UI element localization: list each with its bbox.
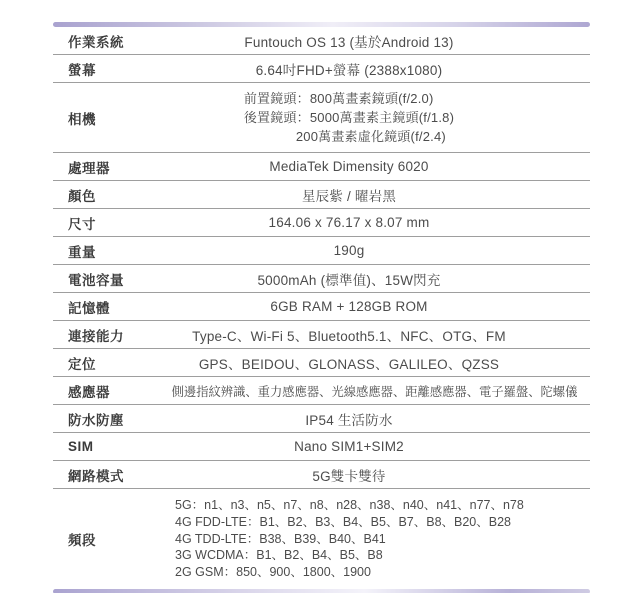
spec-label: 電池容量 [68,269,163,289]
spec-value: 前置鏡頭：800萬畫素鏡頭(f/2.0) 後置鏡頭：5000萬畫素主鏡頭(f/1… [163,89,590,146]
row-connectivity: 連接能力 Type-C、Wi-Fi 5、Bluetooth5.1、NFC、OTG… [53,321,590,349]
spec-value: 星辰紫 / 曜岩黑 [163,185,590,205]
spec-value: Nano SIM1+SIM2 [163,439,590,454]
spec-value: MediaTek Dimensity 6020 [163,159,590,174]
row-camera: 相機 前置鏡頭：800萬畫素鏡頭(f/2.0) 後置鏡頭：5000萬畫素主鏡頭(… [53,83,590,153]
spec-value: IP54 生活防水 [163,409,590,429]
spec-label: 相機 [68,108,163,128]
band-3g-line: 3G WCDMA：B1、B2、B4、B5、B8 [175,547,590,564]
row-os: 作業系統 Funtouch OS 13 (基於Android 13) [53,27,590,55]
row-sim: SIM Nano SIM1+SIM2 [53,433,590,461]
bottom-accent-bar [53,589,590,593]
spec-value: Funtouch OS 13 (基於Android 13) [163,31,590,51]
spec-value: 側邊指紋辨識、重力感應器、光線感應器、距離感應器、電子羅盤、陀螺儀 [163,382,590,400]
spec-value: 5G雙卡雙待 [163,465,590,485]
camera-rear-main-line: 後置鏡頭：5000萬畫素主鏡頭(f/1.8) [244,108,454,127]
row-sensors: 感應器 側邊指紋辨識、重力感應器、光線感應器、距離感應器、電子羅盤、陀螺儀 [53,377,590,405]
row-screen: 螢幕 6.64吋FHD+螢幕 (2388x1080) [53,55,590,83]
spec-label: 網路模式 [68,465,163,485]
row-processor: 處理器 MediaTek Dimensity 6020 [53,153,590,181]
row-network-mode: 網路模式 5G雙卡雙待 [53,461,590,489]
spec-value: 6.64吋FHD+螢幕 (2388x1080) [163,59,590,79]
spec-value: 5G：n1、n3、n5、n7、n8、n28、n38、n40、n41、n77、n7… [163,495,590,583]
row-weight: 重量 190g [53,237,590,265]
row-water-resistance: 防水防塵 IP54 生活防水 [53,405,590,433]
band-4g-fdd-line: 4G FDD-LTE：B1、B2、B3、B4、B5、B7、B8、B20、B28 [175,514,590,531]
spec-value: 5000mAh (標準值)、15W閃充 [163,269,590,289]
spec-label: 防水防塵 [68,409,163,429]
spec-value: 6GB RAM + 128GB ROM [163,299,590,314]
spec-label: 感應器 [68,381,163,401]
spec-value: GPS、BEIDOU、GLONASS、GALILEO、QZSS [163,353,590,373]
spec-label: 頻段 [68,529,163,549]
camera-rear-depth-line: 200萬畫素虛化鏡頭(f/2.4) [244,127,454,146]
row-dimensions: 尺寸 164.06 x 76.17 x 8.07 mm [53,209,590,237]
spec-label: 顏色 [68,185,163,205]
spec-label: 處理器 [68,157,163,177]
spec-value: 164.06 x 76.17 x 8.07 mm [163,215,590,230]
phone-spec-sheet: 作業系統 Funtouch OS 13 (基於Android 13) 螢幕 6.… [0,0,641,593]
spec-label: 記憶體 [68,297,163,317]
spec-label: SIM [68,439,163,454]
spec-label: 重量 [68,241,163,261]
spec-label: 連接能力 [68,325,163,345]
band-2g-line: 2G GSM：850、900、1800、1900 [175,564,590,581]
camera-spec-block: 前置鏡頭：800萬畫素鏡頭(f/2.0) 後置鏡頭：5000萬畫素主鏡頭(f/1… [244,89,454,146]
row-color: 顏色 星辰紫 / 曜岩黑 [53,181,590,209]
camera-front-line: 前置鏡頭：800萬畫素鏡頭(f/2.0) [244,89,454,108]
spec-label: 作業系統 [68,31,163,51]
spec-label: 螢幕 [68,59,163,79]
row-bands: 頻段 5G：n1、n3、n5、n7、n8、n28、n38、n40、n41、n77… [53,489,590,589]
band-5g-line: 5G：n1、n3、n5、n7、n8、n28、n38、n40、n41、n77、n7… [175,497,590,514]
spec-value: Type-C、Wi-Fi 5、Bluetooth5.1、NFC、OTG、FM [163,325,590,345]
spec-label: 定位 [68,353,163,373]
band-4g-tdd-line: 4G TDD-LTE：B38、B39、B40、B41 [175,531,590,548]
spec-value: 190g [163,243,590,258]
row-memory: 記憶體 6GB RAM + 128GB ROM [53,293,590,321]
row-positioning: 定位 GPS、BEIDOU、GLONASS、GALILEO、QZSS [53,349,590,377]
row-battery: 電池容量 5000mAh (標準值)、15W閃充 [53,265,590,293]
spec-label: 尺寸 [68,213,163,233]
spec-table: 作業系統 Funtouch OS 13 (基於Android 13) 螢幕 6.… [53,22,590,593]
